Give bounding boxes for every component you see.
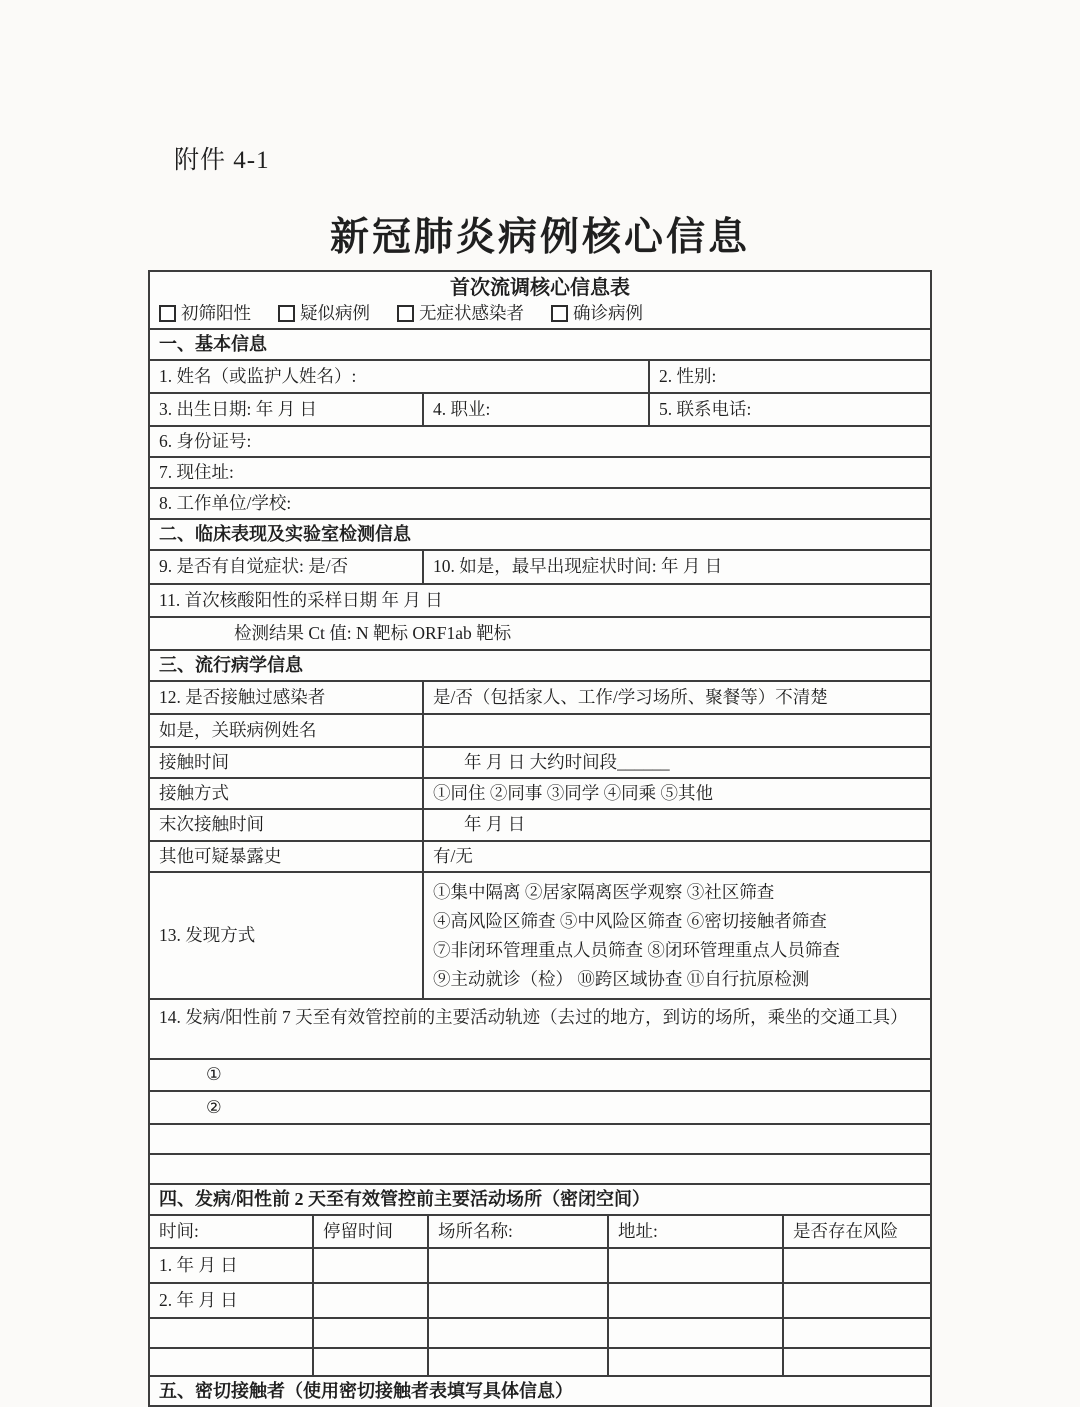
field-contact-mode-label: 接触方式 [150,779,422,808]
venues-row-2-address [607,1284,782,1317]
case-type-label: 初筛阳性 [181,301,251,326]
case-type-label: 无症状感染者 [419,301,524,326]
venues-row-2-time: 2. 年 月 日 [150,1284,312,1317]
field-other-exposure-label: 其他可疑暴露史 [150,842,422,871]
section-venues-heading-row: 四、发病/阳性前 2 天至有效管控前主要活动场所（密闭空间） [150,1183,930,1214]
field-last-contact-label: 末次接触时间 [150,810,422,840]
row-workplace: 8. 工作单位/学校: [150,487,930,518]
row-discovery-method: 13. 发现方式 ①集中隔离 ②居家隔离医学观察 ③社区筛查 ④高风险区筛查 ⑤… [150,871,930,998]
venues-row-1-address [607,1249,782,1282]
venues-row-1-risk [782,1249,930,1282]
row-name-gender: 1. 姓名（或监护人姓名）: 2. 性别: [150,359,930,392]
sheet-header-row: 首次流调核心信息表 初筛阳性 疑似病例 无症状感染者 确诊病例 [150,272,930,328]
venues-row-4-address [607,1349,782,1375]
section-clinical-heading-row: 二、临床表现及实验室检测信息 [150,518,930,549]
venues-row-3-time [150,1319,312,1347]
section-epi-heading-row: 三、流行病学信息 [150,649,930,680]
row-id-number: 6. 身份证号: [150,425,930,456]
venues-row-1: 1. 年 月 日 [150,1247,930,1282]
row-other-exposure: 其他可疑暴露史 有/无 [150,840,930,871]
case-type-option: 疑似病例 [278,301,370,326]
field-occupation: 4. 职业: [422,394,648,425]
venues-row-4-time [150,1349,312,1375]
field-ct-result: 检测结果 Ct 值: N 靶标 ORF1ab 靶标 [150,618,930,649]
field-last-contact-value: 年 月 日 [422,810,930,840]
row-trajectory-item-1: ① [150,1058,930,1090]
field-name: 1. 姓名（或监护人姓名）: [150,361,648,392]
core-info-form-table: 首次流调核心信息表 初筛阳性 疑似病例 无症状感染者 确诊病例 一、基本信息 1… [148,270,932,1407]
row-trajectory-empty-2 [150,1153,930,1183]
field-id-number: 6. 身份证号: [150,427,930,456]
section-basic-heading-row: 一、基本信息 [150,328,930,359]
field-contact-mode-value: ①同住 ②同事 ③同学 ④同乘 ⑤其他 [422,779,930,808]
field-contact-time-value: 年 月 日 大约时间段______ [422,748,930,777]
field-trajectory-heading: 14. 发病/阳性前 7 天至有效管控前的主要活动轨迹（去过的地方，到访的场所，… [150,1000,930,1058]
section-basic-heading: 一、基本信息 [150,330,930,359]
row-first-positive-sample: 11. 首次核酸阳性的采样日期 年 月 日 [150,583,930,616]
field-workplace: 8. 工作单位/学校: [150,489,930,518]
sheet-title: 首次流调核心信息表 [159,275,921,301]
venues-row-2-risk [782,1284,930,1317]
checkbox-icon [397,305,414,322]
venues-row-1-time: 1. 年 月 日 [150,1249,312,1282]
discovery-option-line: ④高风险区筛查 ⑤中风险区筛查 ⑥密切接触者筛查 [433,907,827,936]
row-symptoms: 9. 是否有自觉症状: 是/否 10. 如是，最早出现症状时间: 年 月 日 [150,549,930,583]
field-first-positive-sample: 11. 首次核酸阳性的采样日期 年 月 日 [150,585,930,616]
discovery-option-line: ⑨主动就诊（检） ⑩跨区域协查 ⑪自行抗原检测 [433,965,809,994]
venues-row-3 [150,1317,930,1347]
attachment-label: 附件 4-1 [174,140,270,176]
field-linked-case-value [422,715,930,746]
field-address: 7. 现住址: [150,458,930,487]
trajectory-item-2: ② [150,1092,930,1123]
row-address: 7. 现住址: [150,456,930,487]
section-clinical-heading: 二、临床表现及实验室检测信息 [150,520,930,549]
field-symptom-onset: 10. 如是，最早出现症状时间: 年 月 日 [422,551,930,583]
discovery-option-line: ①集中隔离 ②居家隔离医学观察 ③社区筛查 [433,878,774,907]
venues-row-3-duration [312,1319,427,1347]
section-close-contacts-row: 五、密切接触者（使用密切接触者表填写具体信息） [150,1375,930,1405]
checkbox-icon [551,305,568,322]
row-contact-mode: 接触方式 ①同住 ②同事 ③同学 ④同乘 ⑤其他 [150,777,930,808]
case-type-option: 无症状感染者 [397,301,524,326]
case-type-option: 确诊病例 [551,301,643,326]
row-birth-occupation-phone: 3. 出生日期: 年 月 日 4. 职业: 5. 联系电话: [150,392,930,425]
checkbox-icon [159,305,176,322]
row-linked-case: 如是，关联病例姓名 [150,713,930,746]
field-contact-answer: 是/否（包括家人、工作/学习场所、聚餐等）不清楚 [422,682,930,713]
venues-row-1-place [427,1249,607,1282]
venues-row-2-duration [312,1284,427,1317]
field-phone: 5. 联系电话: [648,394,930,425]
trajectory-item-1: ① [150,1060,930,1090]
checkbox-icon [278,305,295,322]
venues-col-address: 地址: [607,1216,782,1247]
venues-row-1-duration [312,1249,427,1282]
venues-col-duration: 停留时间 [312,1216,427,1247]
trajectory-empty-cell [150,1155,930,1183]
row-trajectory-empty-1 [150,1123,930,1153]
section-venues-heading: 四、发病/阳性前 2 天至有效管控前主要活动场所（密闭空间） [150,1185,930,1214]
venues-row-4-place [427,1349,607,1375]
field-gender: 2. 性别: [648,361,930,392]
venues-row-3-place [427,1319,607,1347]
section-epi-heading: 三、流行病学信息 [150,651,930,680]
venues-row-2-place [427,1284,607,1317]
field-discovery-options: ①集中隔离 ②居家隔离医学观察 ③社区筛查 ④高风险区筛查 ⑤中风险区筛查 ⑥密… [422,873,930,998]
venues-col-risk: 是否存在风险 [782,1216,930,1247]
row-last-contact: 末次接触时间 年 月 日 [150,808,930,840]
sheet-header-cell: 首次流调核心信息表 初筛阳性 疑似病例 无症状感染者 确诊病例 [150,272,930,328]
field-other-exposure-value: 有/无 [422,842,930,871]
field-linked-case-label: 如是，关联病例姓名 [150,715,422,746]
venues-col-time: 时间: [150,1216,312,1247]
row-contact-question: 12. 是否接触过感染者 是/否（包括家人、工作/学习场所、聚餐等）不清楚 [150,680,930,713]
venues-row-4-duration [312,1349,427,1375]
discovery-option-line: ⑦非闭环管理重点人员筛查 ⑧闭环管理重点人员筛查 [433,936,840,965]
venues-row-4-risk [782,1349,930,1375]
case-type-option: 初筛阳性 [159,301,251,326]
case-type-options: 初筛阳性 疑似病例 无症状感染者 确诊病例 [159,301,921,326]
field-contact-question: 12. 是否接触过感染者 [150,682,422,713]
section-close-contacts-heading: 五、密切接触者（使用密切接触者表填写具体信息） [150,1377,930,1405]
field-discovery-label: 13. 发现方式 [150,873,422,998]
field-symptoms: 9. 是否有自觉症状: 是/否 [150,551,422,583]
field-birth-date: 3. 出生日期: 年 月 日 [150,394,422,425]
trajectory-empty-cell [150,1125,930,1153]
venues-row-2: 2. 年 月 日 [150,1282,930,1317]
row-ct-result: 检测结果 Ct 值: N 靶标 ORF1ab 靶标 [150,616,930,649]
venues-row-4 [150,1347,930,1375]
row-trajectory-item-2: ② [150,1090,930,1123]
case-type-label: 疑似病例 [300,301,370,326]
venues-row-3-risk [782,1319,930,1347]
venues-row-3-address [607,1319,782,1347]
venues-header-row: 时间: 停留时间 场所名称: 地址: 是否存在风险 [150,1214,930,1247]
page-title: 新冠肺炎病例核心信息 [0,206,1080,262]
venues-col-place: 场所名称: [427,1216,607,1247]
row-trajectory-heading: 14. 发病/阳性前 7 天至有效管控前的主要活动轨迹（去过的地方，到访的场所，… [150,998,930,1058]
case-type-label: 确诊病例 [573,301,643,326]
field-contact-time-label: 接触时间 [150,748,422,777]
row-contact-time: 接触时间 年 月 日 大约时间段______ [150,746,930,777]
